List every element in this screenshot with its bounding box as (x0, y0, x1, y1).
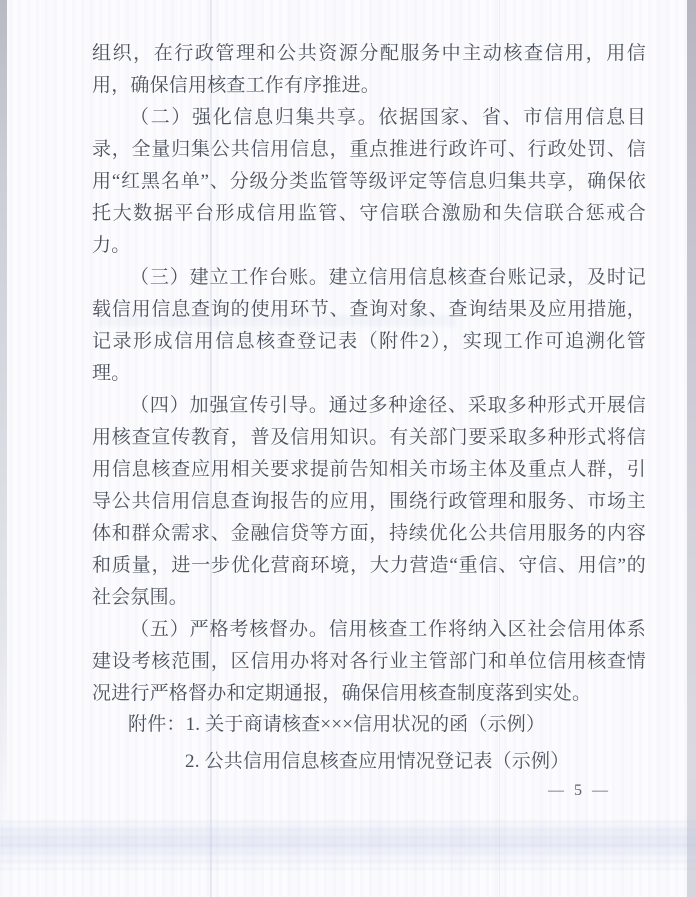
attachment-row-2: 2. 公共信用信息核查应用情况登记表（示例） (128, 743, 648, 780)
paragraph-continuation: 组织，在行政管理和公共资源分配服务中主动核查信用，用信用，确保信用核查工作有序推… (92, 38, 646, 102)
attachments-label: 附件： (128, 706, 186, 743)
paragraph-item-2: （二）强化信息归集共享。依据国家、省、市信用信息目录，全量归集公共信用信息，重点… (92, 102, 646, 262)
attachment-item-1: 1. 关于商请核查×××信用状况的函（示例） (186, 706, 546, 743)
page-number: — 5 — (548, 782, 611, 800)
scanned-document-page: 组织，在行政管理和公共资源分配服务中主动核查信用，用信用，确保信用核查工作有序推… (0, 0, 696, 897)
attachment-row-1: 附件： 1. 关于商请核查×××信用状况的函（示例） (128, 706, 648, 743)
paragraph-item-5: （五）严格考核督办。信用核查工作将纳入区社会信用体系建设考核范围，区信用办将对各… (92, 614, 646, 710)
attachments-block: 附件： 1. 关于商请核查×××信用状况的函（示例） 2. 公共信用信息核查应用… (128, 706, 648, 780)
document-body: 组织，在行政管理和公共资源分配服务中主动核查信用，用信用，确保信用核查工作有序推… (92, 38, 646, 710)
attachment-item-2: 2. 公共信用信息核查应用情况登记表（示例） (185, 743, 569, 780)
paragraph-item-3: （三）建立工作台账。建立信用信息核查台账记录，及时记载信用信息查询的使用环节、查… (92, 262, 646, 390)
paragraph-item-4: （四）加强宣传引导。通过多种途径、采取多种形式开展信用核查宣传教育，普及信用知识… (92, 390, 646, 614)
scan-bottom-streaks (0, 820, 696, 870)
scan-edge-left-artifact (0, 0, 7, 897)
scan-edge-right-artifact (687, 0, 696, 897)
